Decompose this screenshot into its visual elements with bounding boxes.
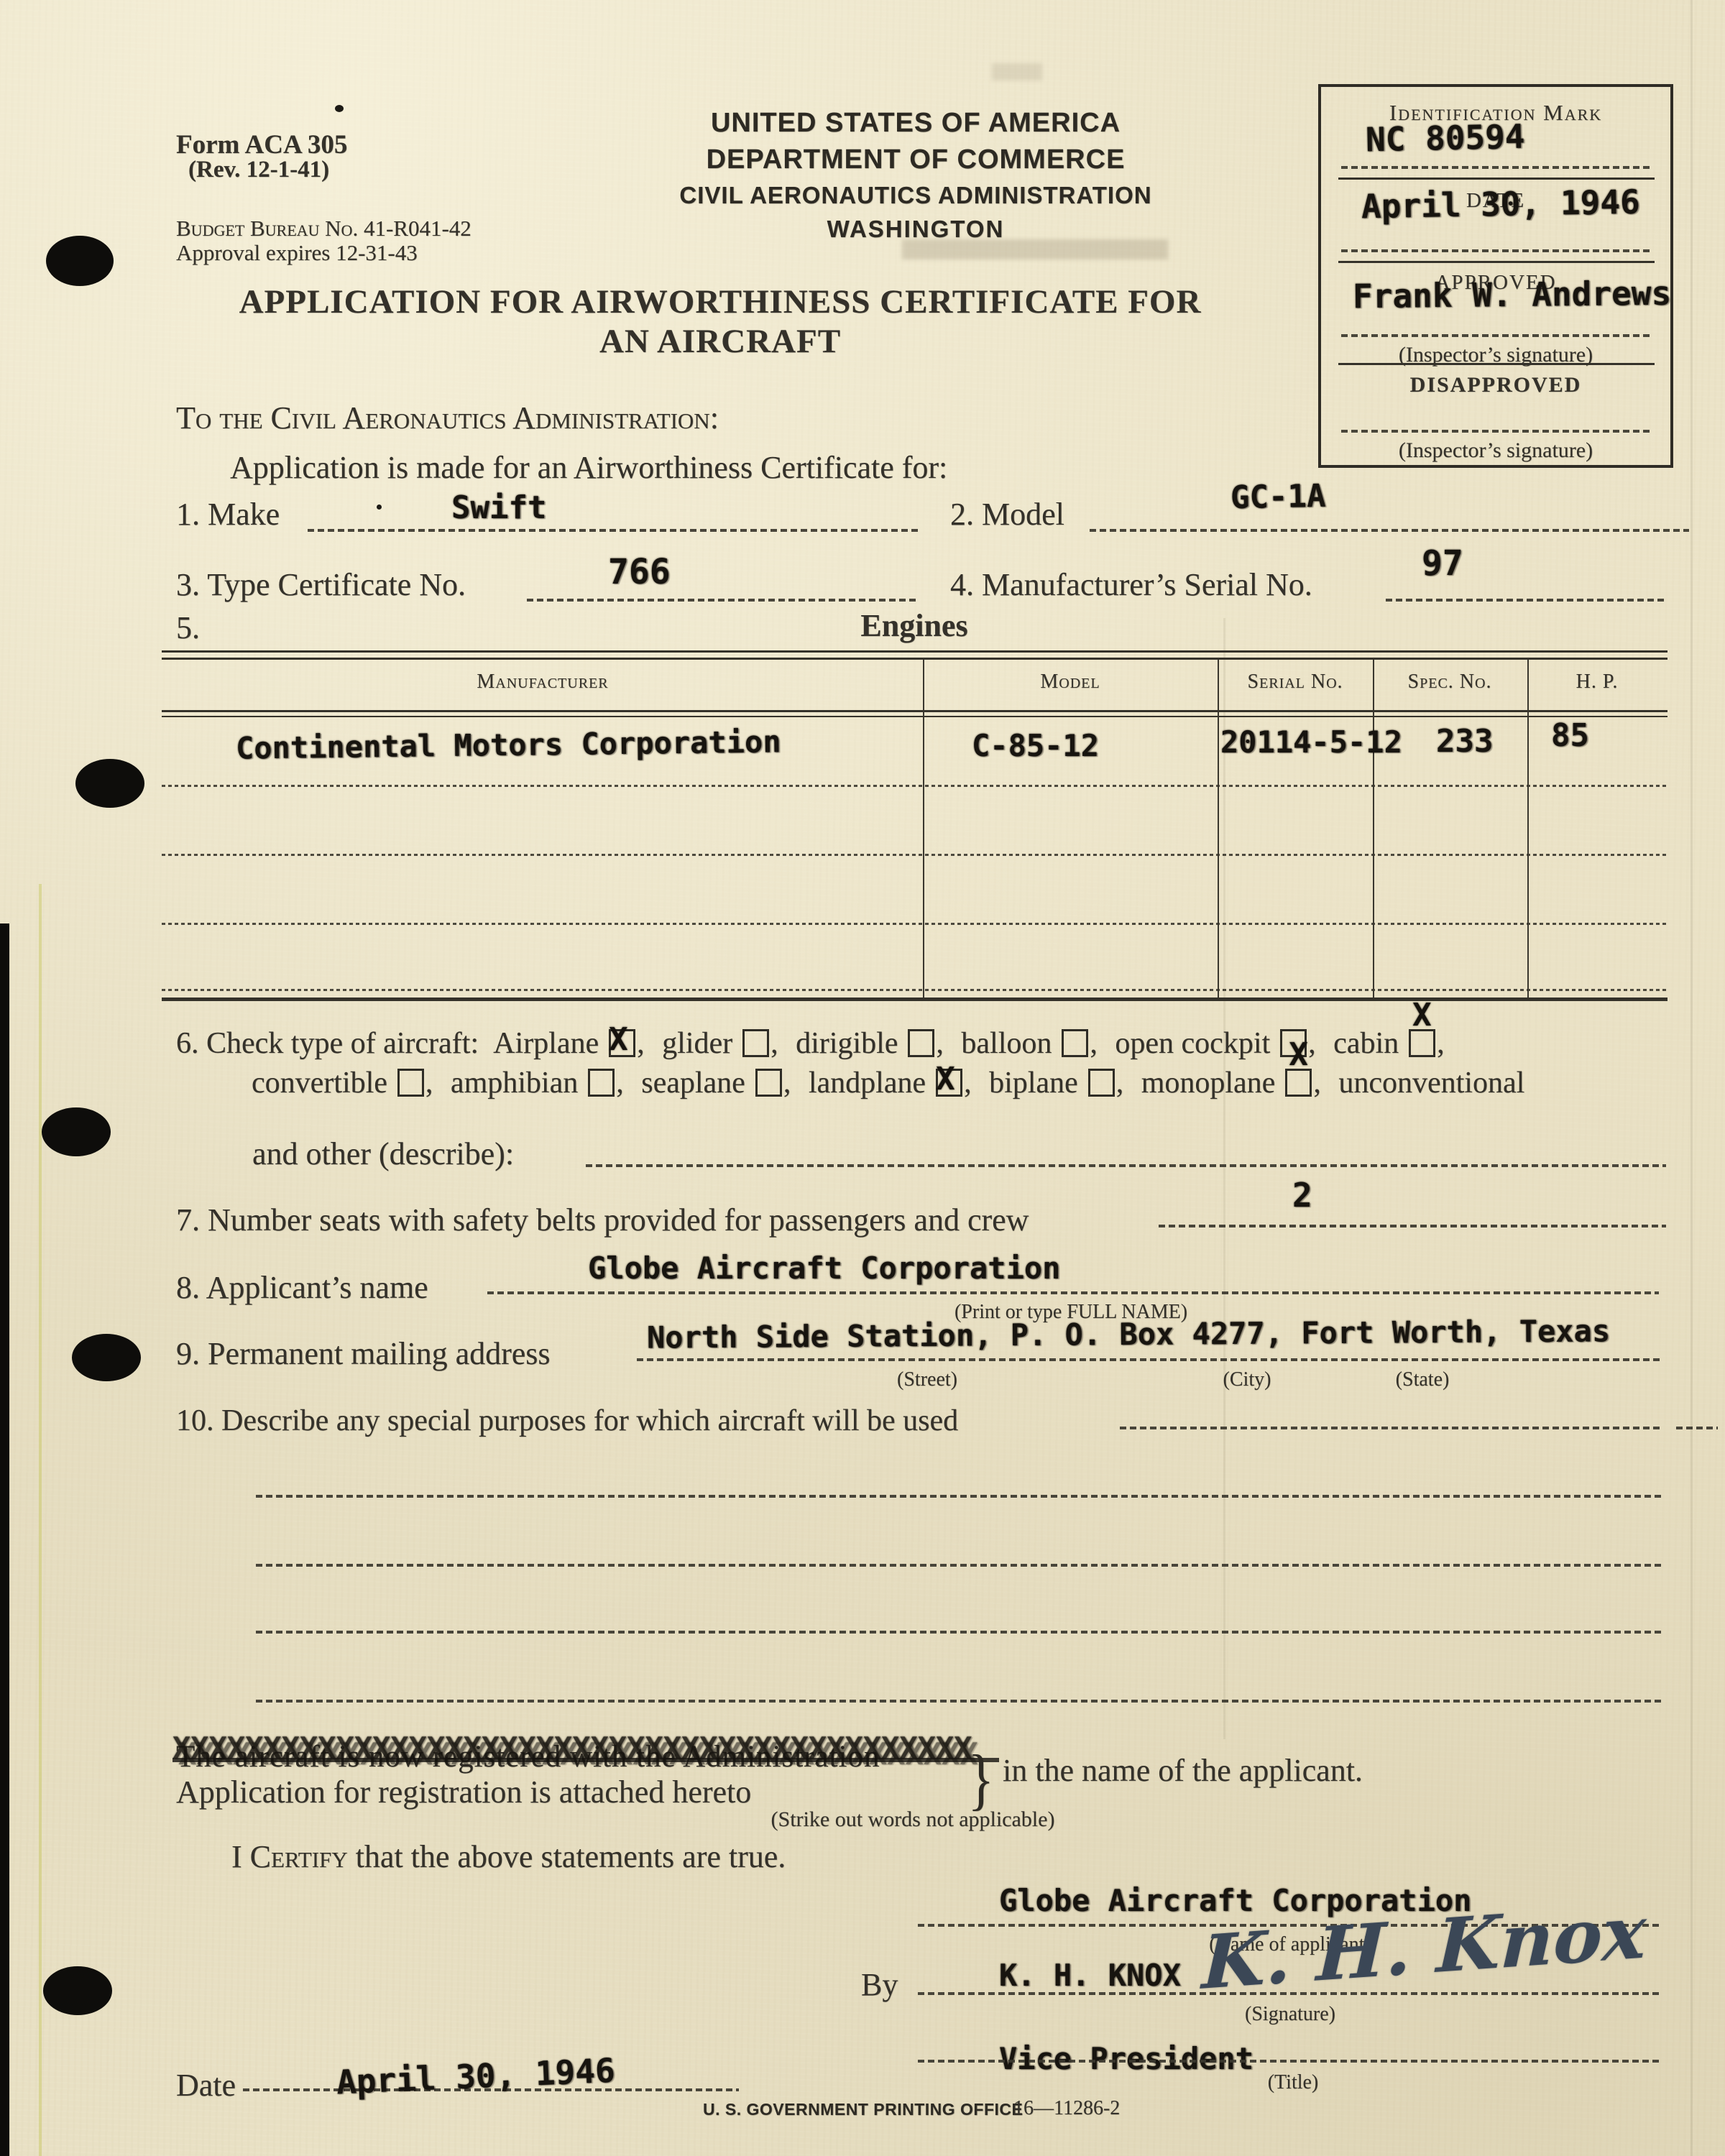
punch-hole <box>43 1966 112 2015</box>
rule <box>1341 334 1652 337</box>
punch-hole <box>42 1107 111 1156</box>
checkbox-convertible <box>397 1069 424 1097</box>
checkbox-landplane: X <box>936 1069 962 1097</box>
strike-overlay: XXXXXXXXXXXXXXXXXXXXXXXXXXXXXXXXXXXXXXXX… <box>178 1736 978 1772</box>
x-mark: X <box>936 1061 955 1097</box>
identification-box: Identification Mark NC 80594 DATE April … <box>1318 84 1673 468</box>
table-rule <box>162 658 1667 660</box>
rule <box>1341 249 1652 252</box>
table-column-line <box>1527 660 1529 1000</box>
scan-edge-strip <box>0 923 9 2156</box>
date-value: April 30, 1946 <box>1361 183 1641 226</box>
checkbox-airplane: X <box>609 1029 635 1057</box>
item7-value: 2 <box>1292 1176 1312 1215</box>
blank-line <box>256 1631 1663 1634</box>
date-value: April 30, 1946 <box>336 2051 616 2102</box>
item6-tail: unconventional <box>1338 1067 1524 1100</box>
salutation: To the Civil Aeronautics Administration: <box>176 400 719 436</box>
engines-heading: Engines <box>860 607 967 644</box>
field-make-value: Swift <box>451 489 546 526</box>
field-model-value: GC-1A <box>1230 478 1326 516</box>
x-mark: X <box>1289 1036 1308 1073</box>
budget-bureau: Budget Bureau No. 41-R041-42 <box>176 216 471 241</box>
engine-hp-value: 85 <box>1551 717 1589 754</box>
th-model: Model <box>1040 671 1100 694</box>
field-serial-line <box>1386 599 1666 602</box>
agency-line-1: UNITED STATES OF AMERICA <box>711 108 1121 139</box>
punch-hole <box>75 759 144 808</box>
item9-line <box>637 1358 1663 1361</box>
th-spec: Spec. No. <box>1408 671 1492 694</box>
ink-speck <box>377 505 382 510</box>
form-number: Form ACA 305 <box>176 129 347 160</box>
table-row-line <box>162 989 1667 991</box>
item9-state-caption: (State) <box>1396 1368 1450 1391</box>
blank-line <box>256 1564 1663 1567</box>
rule <box>1338 363 1655 365</box>
table-row-line <box>162 923 1667 925</box>
table-rule <box>162 716 1667 717</box>
item5-number: 5. <box>176 609 200 646</box>
engine-manufacturer-value: Continental Motors Corporation <box>236 724 781 765</box>
gpo-imprint: U. S. GOVERNMENT PRINTING OFFICE <box>703 2100 1023 2119</box>
blank-line <box>256 1700 1663 1703</box>
rule <box>1338 178 1655 180</box>
item7-label: 7. Number seats with safety belts provid… <box>176 1202 1029 1238</box>
signature-caption: (Signature) <box>1245 2003 1335 2026</box>
item6-intro: 6. Check type of aircraft: <box>176 1027 479 1060</box>
ink-speck <box>335 105 344 112</box>
field-typecert-line <box>527 599 919 602</box>
checkbox-biplane <box>1088 1069 1115 1097</box>
item6-line1: 6. Check type of aircraft: AirplaneX, gl… <box>176 1026 1445 1061</box>
item6-label-seaplane: seaplane <box>641 1067 745 1100</box>
title-line <box>918 2060 1662 2063</box>
item6-other-label: and other (describe): <box>252 1135 514 1172</box>
scanned-form-page: Form ACA 305 (Rev. 12-1-41) Budget Burea… <box>0 0 1725 2156</box>
certify-line: I Certify that the above statements are … <box>231 1838 786 1875</box>
form-revision: (Rev. 12-1-41) <box>188 157 329 183</box>
rule <box>1341 430 1652 433</box>
item9-label: 9. Permanent mailing address <box>176 1335 551 1372</box>
agency-line-4: WASHINGTON <box>827 216 1005 243</box>
item9-city-caption: (City) <box>1223 1368 1271 1391</box>
field-typecert-value: 766 <box>608 552 671 592</box>
item6-label-glider: glider <box>662 1027 732 1060</box>
table-column-line <box>1373 660 1374 1000</box>
x-mark: X <box>1412 997 1432 1033</box>
checkbox-dirigible <box>908 1029 934 1057</box>
checkbox-glider <box>742 1029 769 1057</box>
item6-label-amphibian: amphibian <box>451 1067 578 1100</box>
engine-model-value: C-85-12 <box>972 728 1099 763</box>
punch-hole <box>46 236 114 286</box>
date-label: Date <box>176 2067 236 2104</box>
item8-line <box>487 1291 1659 1294</box>
table-column-line <box>923 660 924 1000</box>
table-row-line <box>162 854 1667 856</box>
item6-label-cabin: cabin <box>1333 1027 1399 1060</box>
table-bottom-rule <box>162 998 1667 1001</box>
item10-label: 10. Describe any special purposes for wh… <box>176 1404 958 1438</box>
item9-street-caption: (Street) <box>897 1368 957 1391</box>
agency-line-3: CIVIL AERONAUTICS ADMINISTRATION <box>679 182 1151 209</box>
field-model-label: 2. Model <box>950 496 1064 533</box>
item6-label-dirigible: dirigible <box>796 1027 898 1060</box>
item6-label-convertible: convertible <box>252 1067 387 1100</box>
item6-label-landplane: landplane <box>809 1067 926 1100</box>
blank-line <box>256 1495 1663 1498</box>
gpo-code: 16—11286-2 <box>1013 2097 1120 2120</box>
by-typed-name: K. H. KNOX <box>999 1958 1181 1993</box>
disapproved-label: DISAPPROVED <box>1410 373 1582 397</box>
checkbox-seaplane <box>755 1069 782 1097</box>
by-label: By <box>861 1966 898 2003</box>
strike-bar <box>172 1758 999 1762</box>
item6-line2: convertible, amphibian, seaplane, landpl… <box>252 1066 1524 1100</box>
x-mark: X <box>609 1021 628 1058</box>
item6-label-open-cockpit: open cockpit <box>1115 1027 1270 1060</box>
intro-line: Application is made for an Airworthiness… <box>230 449 947 486</box>
in-name-of-applicant: in the name of the applicant. <box>1003 1752 1363 1789</box>
scan-crease <box>39 884 42 2156</box>
field-serial-label: 4. Manufacturer’s Serial No. <box>950 566 1312 603</box>
ink-ghost-smudge <box>992 63 1042 80</box>
identification-mark-value: NC 80594 <box>1365 117 1525 160</box>
table-row-line <box>162 785 1667 787</box>
item6-label-biplane: biplane <box>989 1067 1078 1100</box>
scan-crease <box>1690 0 1693 2156</box>
rule <box>1341 166 1652 169</box>
attached-hereto-text: Application for registration is attached… <box>176 1774 751 1810</box>
item7-line <box>1159 1225 1666 1227</box>
item6-label-balloon: balloon <box>961 1027 1052 1060</box>
agency-line-2: DEPARTMENT OF COMMERCE <box>707 144 1126 175</box>
th-serial: Serial No. <box>1247 671 1343 694</box>
checkbox-monoplane: X <box>1285 1069 1312 1097</box>
field-make-line <box>308 529 919 532</box>
table-column-line <box>1218 660 1219 1000</box>
title-typed: Vice President <box>999 2041 1253 2076</box>
brace: } <box>968 1739 994 1818</box>
item9-value: North Side Station, P. O. Box 4277, Fort… <box>647 1313 1610 1355</box>
checkbox-cabin: X <box>1409 1029 1435 1057</box>
item6-label-monoplane: monoplane <box>1141 1067 1276 1100</box>
item6-label-airplane: Airplane <box>493 1027 599 1060</box>
form-title-line-1: APPLICATION FOR AIRWORTHINESS CERTIFICAT… <box>239 282 1202 321</box>
table-rule <box>162 650 1667 653</box>
item8-label: 8. Applicant’s name <box>176 1269 428 1306</box>
table-rule <box>162 710 1667 712</box>
inspector-signature-caption-2: (Inspector’s signature) <box>1399 438 1593 463</box>
th-manufacturer: Manufacturer <box>477 671 608 694</box>
rule <box>1338 261 1655 263</box>
strike-note: (Strike out words not applicable) <box>771 1807 1055 1832</box>
checkbox-amphibian <box>588 1069 615 1097</box>
field-typecert-label: 3. Type Certificate No. <box>176 566 466 603</box>
field-make-label: 1. Make <box>176 496 280 533</box>
field-model-line <box>1090 529 1689 532</box>
item10-line <box>1120 1427 1663 1429</box>
engine-spec-value: 233 <box>1436 723 1493 760</box>
checkbox-balloon <box>1062 1029 1088 1057</box>
field-serial-value: 97 <box>1422 543 1463 584</box>
engine-serial-value: 20114-5-12 <box>1220 724 1402 760</box>
form-title-line-2: AN AIRCRAFT <box>599 322 841 361</box>
signature-line <box>918 1992 1662 1995</box>
th-hp: H. P. <box>1576 671 1619 694</box>
item6-other-line <box>586 1164 1666 1167</box>
title-caption: (Title) <box>1268 2071 1319 2094</box>
approved-value: Frank W. Andrews <box>1353 274 1672 316</box>
punch-hole <box>72 1334 141 1381</box>
item10-line-segment <box>1676 1427 1718 1429</box>
item8-value: Globe Aircraft Corporation <box>588 1250 1060 1286</box>
approval-expires: Approval expires 12-31-43 <box>176 240 418 266</box>
